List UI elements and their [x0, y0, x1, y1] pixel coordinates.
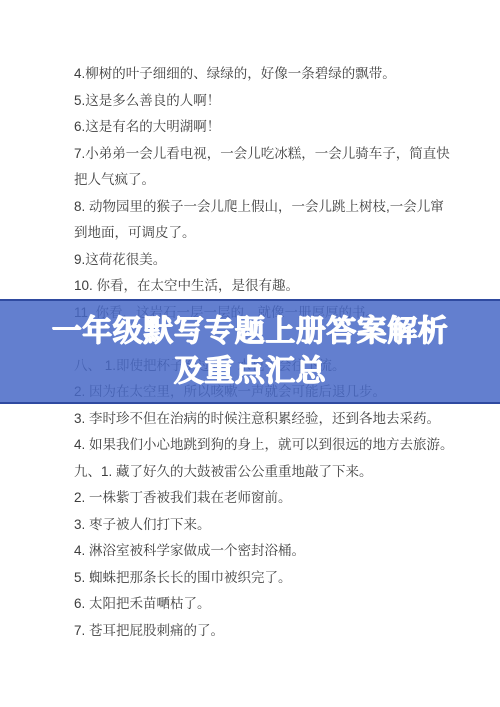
- document-page: 4.柳树的叶子细细的、绿绿的，好像一条碧绿的飘带。 5.这是多么善良的人啊！ 6…: [0, 0, 500, 707]
- sentence-line: 2. 一株紫丁香被我们栽在老师窗前。: [74, 485, 476, 512]
- sentence-line: 4.柳树的叶子细细的、绿绿的，好像一条碧绿的飘带。: [74, 61, 476, 88]
- sentence-line: 到地面，可调皮了。: [74, 220, 476, 247]
- title-banner-overlay: 一年级默写专题上册答案解析 及重点汇总: [0, 299, 500, 404]
- sentence-line: 4. 如果我们小心地跳到狗的身上，就可以到很远的地方去旅游。: [74, 432, 476, 459]
- banner-title-line2: 及重点汇总: [174, 352, 327, 392]
- sentence-line: 3. 枣子被人们打下来。: [74, 512, 476, 539]
- sentence-line: 7. 苍耳把屁股刺痛的了。: [74, 618, 476, 645]
- banner-title-line1: 一年级默写专题上册答案解析: [52, 312, 449, 352]
- sentence-line: 5.这是多么善良的人啊！: [74, 88, 476, 115]
- sentence-line: 9.这荷花很美。: [74, 247, 476, 274]
- sentence-line: 4. 淋浴室被科学家做成一个密封浴桶。: [74, 538, 476, 565]
- sentence-line: 3. 李时珍不但在治病的时候注意积累经验，还到各地去采药。: [74, 406, 476, 433]
- sentence-line: 6. 太阳把禾苗嗮枯了。: [74, 591, 476, 618]
- sentence-line: 把人气疯了。: [74, 167, 476, 194]
- sentence-line: 九、1. 藏了好久的大鼓被雷公公重重地敲了下来。: [74, 459, 476, 486]
- sentence-line: 8. 动物园里的猴子一会儿爬上假山，一会儿跳上树枝,一会儿窜: [74, 194, 476, 221]
- sentence-line: 5. 蜘蛛把那条长长的围巾被织完了。: [74, 565, 476, 592]
- sentence-line: 6.这是有名的大明湖啊！: [74, 114, 476, 141]
- sentence-line: 7.小弟弟一会儿看电视，一会儿吃冰糕，一会儿骑车子，简直快: [74, 141, 476, 168]
- sentence-line: 10. 你看，在太空中生活，是很有趣。: [74, 273, 476, 300]
